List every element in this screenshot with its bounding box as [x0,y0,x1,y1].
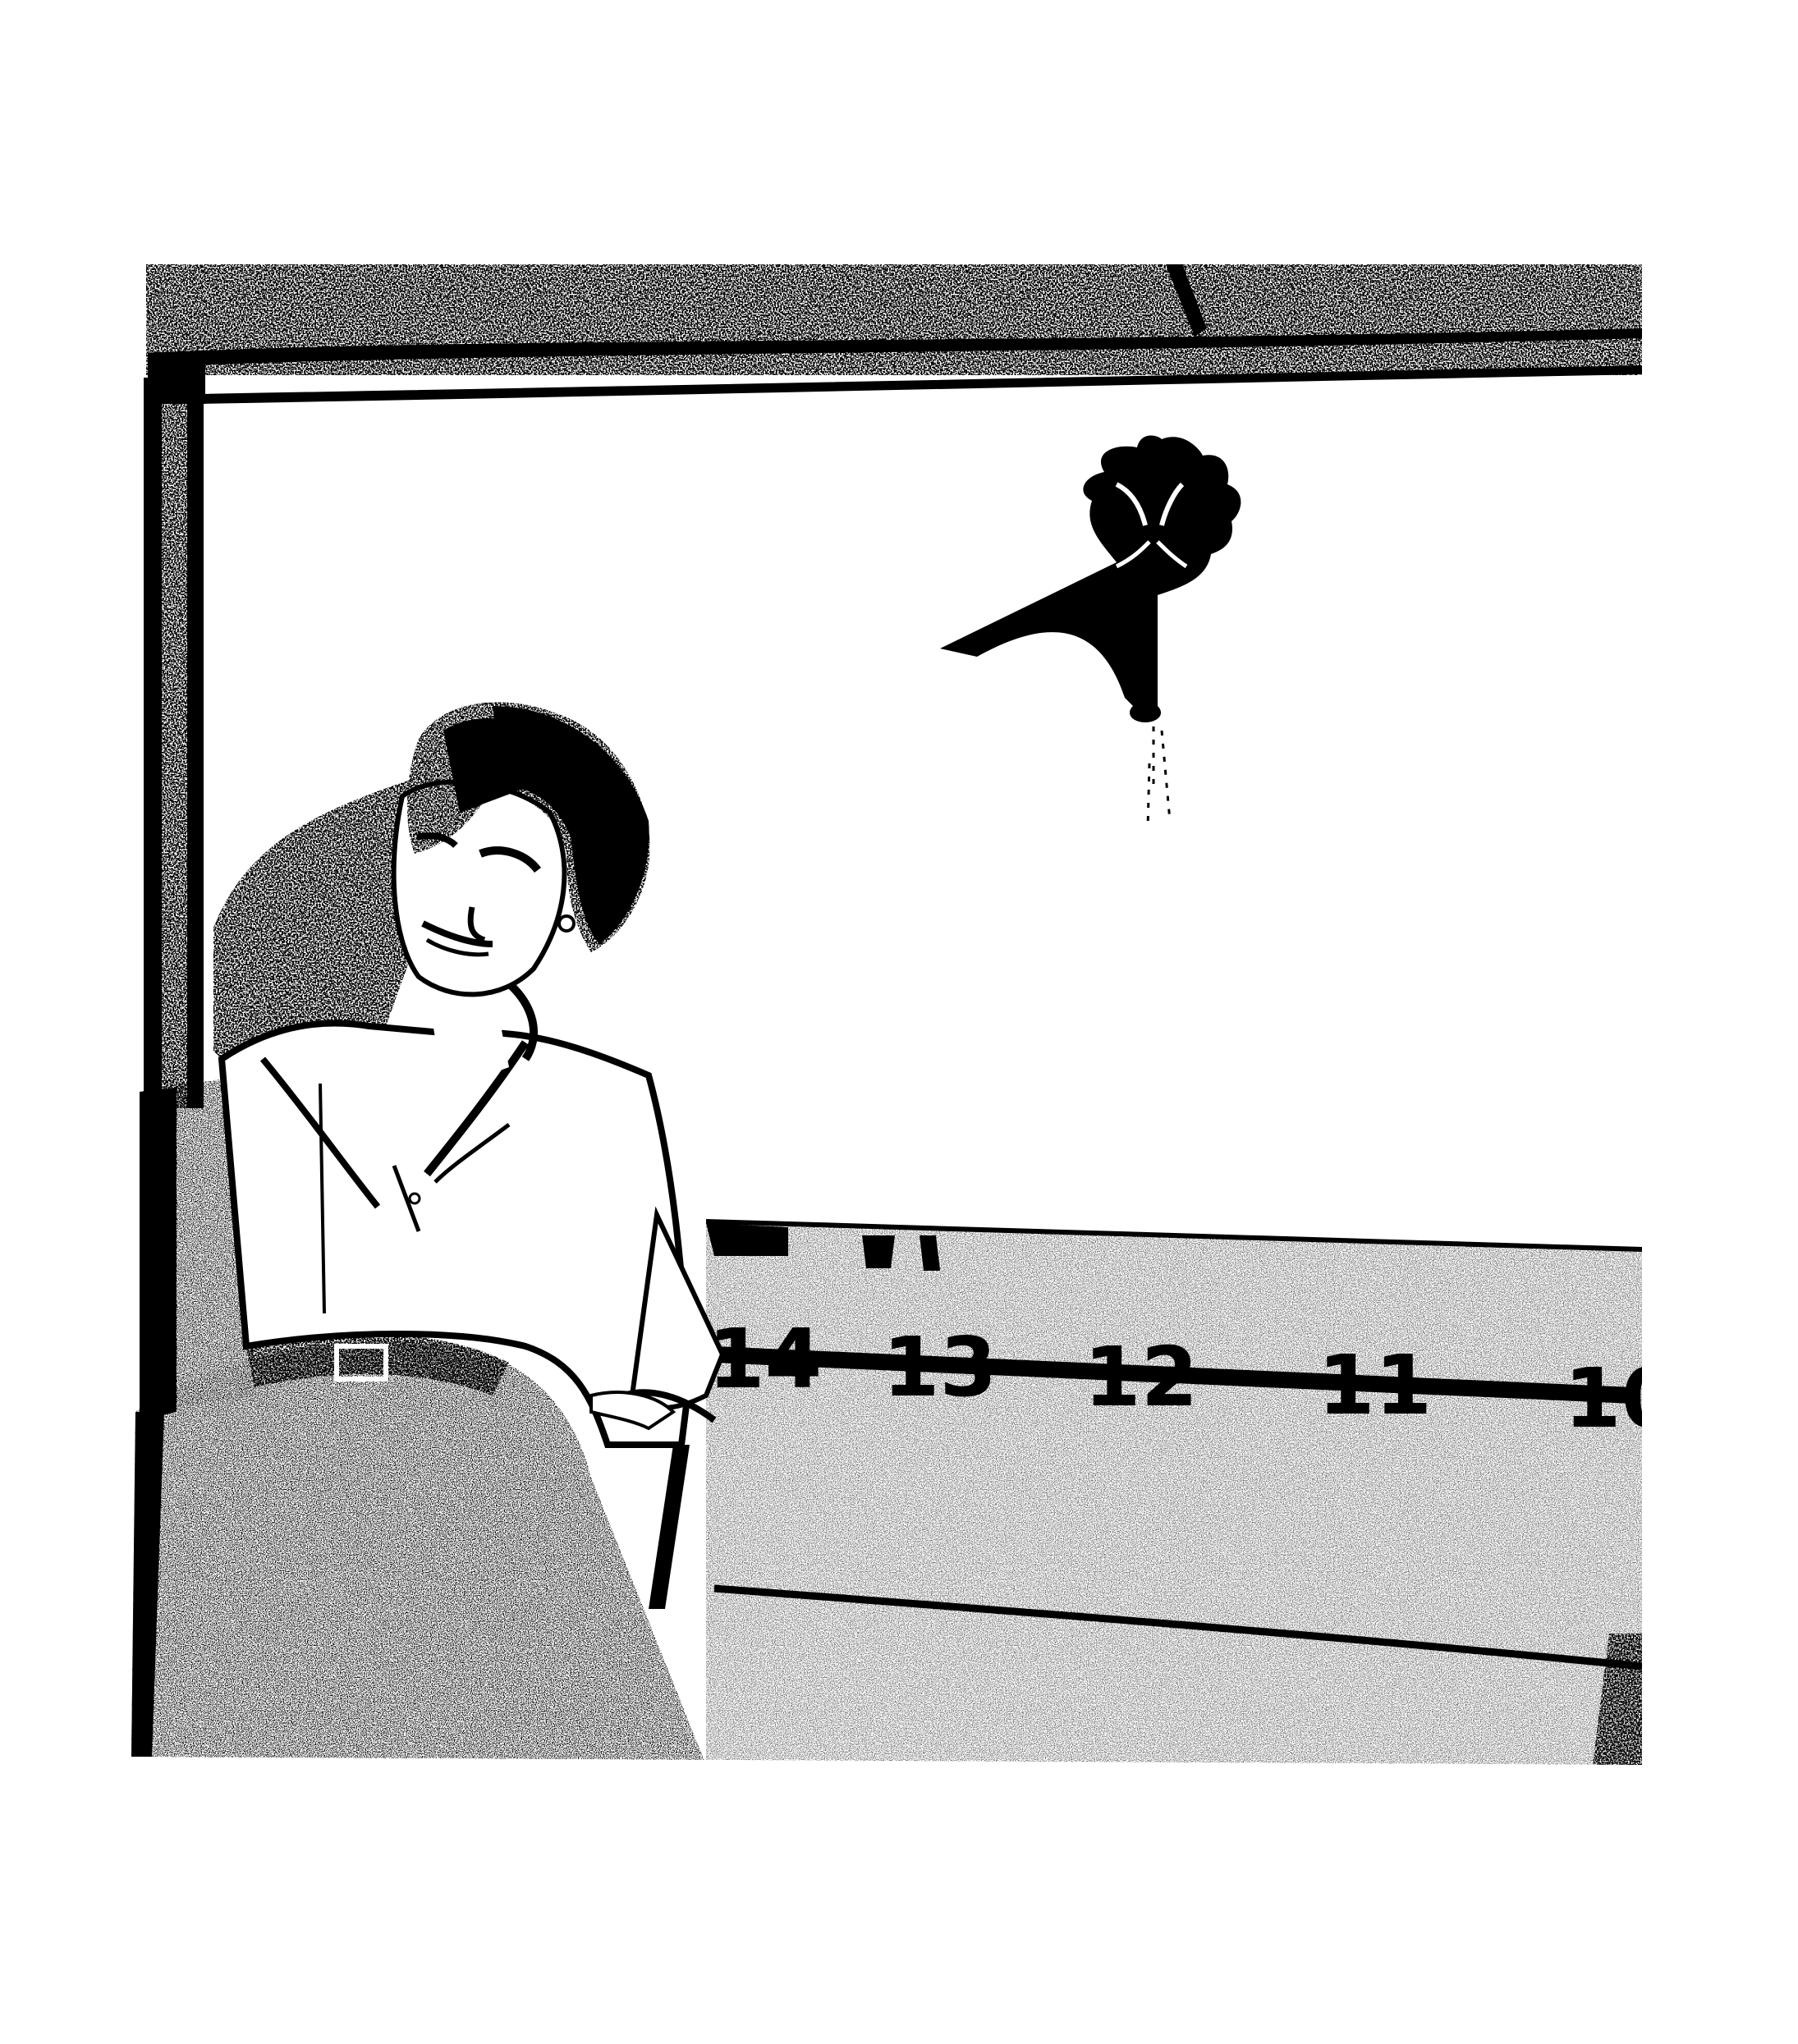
ruler-number: 10 [1564,1350,1678,1446]
ruler-number: 14 [708,1311,822,1407]
ruler-number: 11 [1318,1337,1432,1433]
wooden-beam [146,264,1642,404]
ornamental-lamp-bracket [940,436,1241,829]
wall-panel-with-depth-ruler: 14 13 12 11 10 [706,1221,1678,1765]
ruler-number: 12 [1084,1329,1198,1425]
photograph: 14 13 12 11 10 [0,0,1798,2044]
door-post [144,378,204,1108]
ruler-number: 13 [883,1319,997,1415]
